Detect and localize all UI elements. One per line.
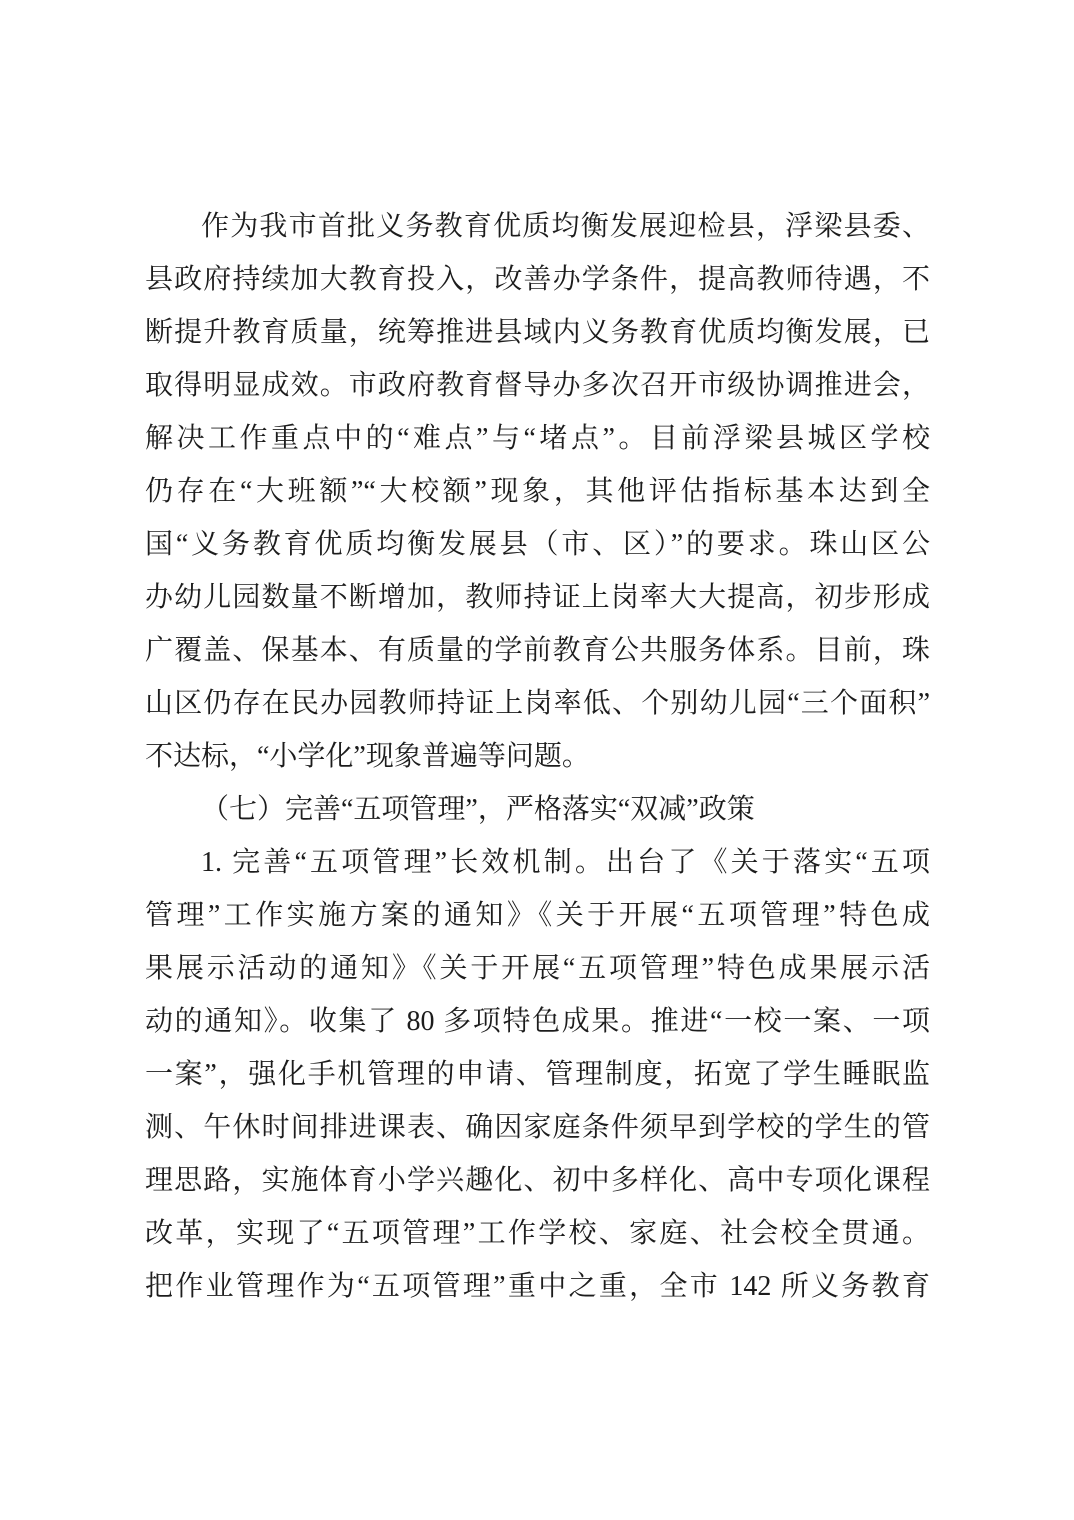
- text-line: 果展示活动的通知》《关于开展“五项管理”特色成果展示活: [145, 942, 930, 995]
- document-page: 作为我市首批义务教育优质均衡发展迎检县，浮梁县委、县政府持续加大教育投入，改善办…: [0, 0, 1074, 1520]
- text-line: 解决工作重点中的“难点”与“堵点”。目前浮梁县城区学校: [145, 412, 930, 465]
- text-line: 办幼儿园数量不断增加，教师持证上岗率大大提高，初步形成: [145, 571, 930, 624]
- text-line: 1. 完善“五项管理”长效机制。出台了《关于落实“五项: [145, 836, 930, 889]
- text-line: 动的通知》。收集了 80 多项特色成果。推进“一校一案、一项: [145, 995, 930, 1048]
- paragraph-five-managements-mechanism: 1. 完善“五项管理”长效机制。出台了《关于落实“五项管理”工作实施方案的通知》…: [145, 836, 930, 1313]
- text-line: （七）完善“五项管理”，严格落实“双减”政策: [145, 783, 930, 836]
- text-line: 县政府持续加大教育投入，改善办学条件，提高教师待遇，不: [145, 253, 930, 306]
- text-line: 测、午休时间排进课表、确因家庭条件须早到学校的学生的管: [145, 1101, 930, 1154]
- text-line: 管理”工作实施方案的通知》《关于开展“五项管理”特色成: [145, 889, 930, 942]
- document-body: 作为我市首批义务教育优质均衡发展迎检县，浮梁县委、县政府持续加大教育投入，改善办…: [145, 200, 930, 1313]
- text-line: 仍存在“大班额”“大校额”现象，其他评估指标基本达到全: [145, 465, 930, 518]
- text-line: 断提升教育质量，统筹推进县域内义务教育优质均衡发展，已: [145, 306, 930, 359]
- text-line: 不达标，“小学化”现象普遍等问题。: [145, 730, 930, 783]
- text-line: 改革，实现了“五项管理”工作学校、家庭、社会校全贯通。: [145, 1207, 930, 1260]
- text-line: 把作业管理作为“五项管理”重中之重，全市 142 所义务教育: [145, 1260, 930, 1313]
- text-line: 广覆盖、保基本、有质量的学前教育公共服务体系。目前，珠: [145, 624, 930, 677]
- section-heading-seven: （七）完善“五项管理”，严格落实“双减”政策: [145, 783, 930, 836]
- text-line: 取得明显成效。市政府教育督导办多次召开市级协调推进会，: [145, 359, 930, 412]
- paragraph-balanced-education-overview: 作为我市首批义务教育优质均衡发展迎检县，浮梁县委、县政府持续加大教育投入，改善办…: [145, 200, 930, 783]
- text-line: 国“义务教育优质均衡发展县（市、区）”的要求。珠山区公: [145, 518, 930, 571]
- text-line: 山区仍存在民办园教师持证上岗率低、个别幼儿园“三个面积”: [145, 677, 930, 730]
- text-line: 一案”，强化手机管理的申请、管理制度，拓宽了学生睡眠监: [145, 1048, 930, 1101]
- text-line: 作为我市首批义务教育优质均衡发展迎检县，浮梁县委、: [145, 200, 930, 253]
- text-line: 理思路，实施体育小学兴趣化、初中多样化、高中专项化课程: [145, 1154, 930, 1207]
